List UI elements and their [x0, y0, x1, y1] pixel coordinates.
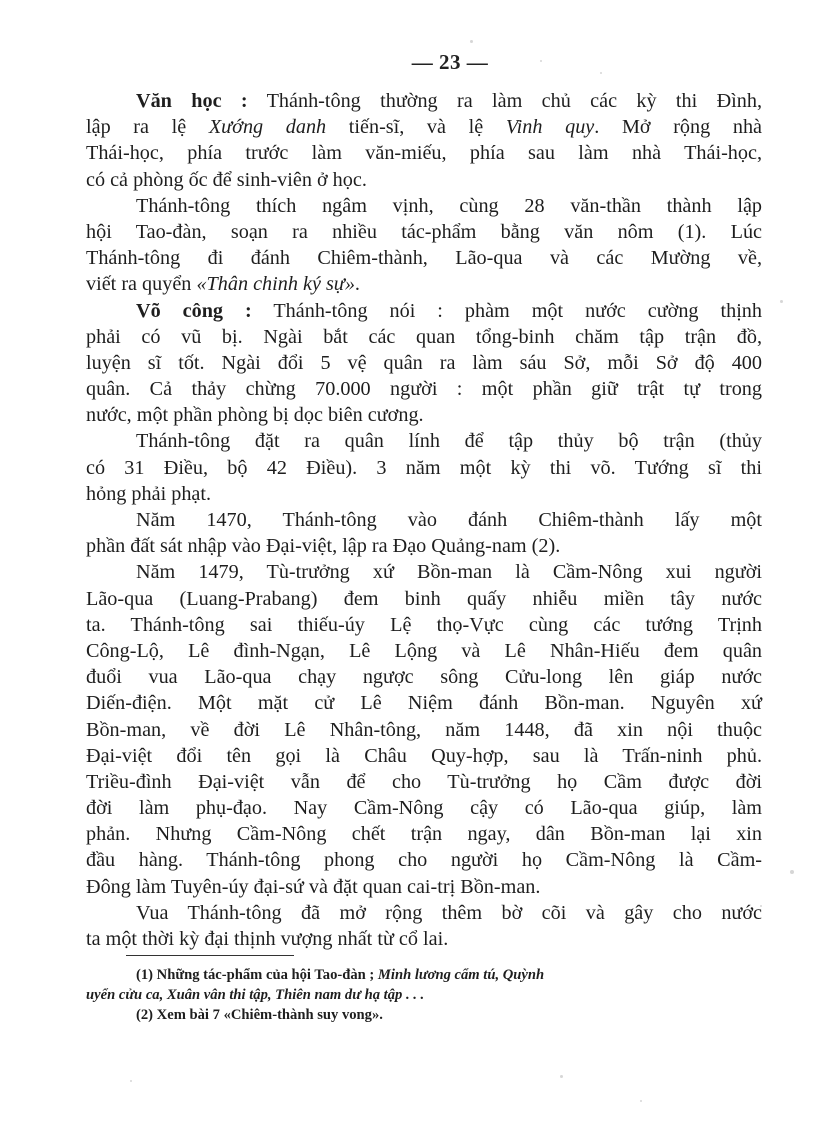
paragraph-1470-line: Năm 1470, Thánh-tông vào đánh Chiêm-thàn…	[86, 507, 762, 533]
paragraph-1479-line: Diến-điện. Một mặt cử Lê Niệm đánh Bồn-m…	[86, 690, 762, 716]
scan-noise	[780, 300, 783, 303]
scan-noise	[560, 1075, 563, 1078]
scan-noise	[130, 1080, 132, 1082]
paragraph-thuy-bo-line: hỏng phải phạt.	[86, 481, 762, 507]
section-heading-van-hoc: Văn học :	[136, 90, 248, 112]
scan-noise	[470, 40, 473, 43]
footnote-2: (2) Xem bài 7 «Chiêm-thành suy vong».	[86, 1005, 786, 1025]
section-heading-vo-cong: Võ công :	[136, 300, 252, 322]
paragraph-van-hoc-line: có cả phòng ốc để sinh-viên ở học.	[86, 167, 762, 193]
paragraph-1479-line: đuổi vua Lão-qua chạy ngược sông Cửu-lon…	[86, 664, 762, 690]
paragraph-tao-dan-line: Thánh-tông thích ngâm vịnh, cùng 28 văn-…	[86, 193, 762, 219]
scan-noise	[640, 1100, 642, 1102]
footnote-1-continued: uyển cửu ca, Xuân vân thi tập, Thiên nam…	[86, 985, 786, 1005]
paragraph-van-hoc-line: Văn học : Thánh-tông thường ra làm chủ c…	[86, 88, 762, 114]
paragraph-1479-line: phản. Nhưng Cầm-Nông chết trận ngay, dân…	[86, 821, 762, 847]
paragraph-vo-cong-line: phải có vũ bị. Ngài bắt các quan tổng-bi…	[86, 324, 762, 350]
paragraph-1470-line: phần đất sát nhập vào Đại-việt, lập ra Đ…	[86, 533, 762, 559]
footnotes: (1) Những tác-phẩm của hội Tao-đàn ; Min…	[86, 965, 786, 1025]
paragraph-tao-dan-line: hội Tao-đàn, soạn ra nhiều tác-phẩm bằng…	[86, 219, 762, 245]
footnote-marker: (2)	[136, 1007, 153, 1023]
paragraph-1479-line: đời làm phụ-đạo. Nay Cầm-Nông cậy có Lão…	[86, 795, 762, 821]
paragraph-1479-line: Đông làm Tuyên-úy đại-sứ và đặt quan cai…	[86, 874, 762, 900]
paragraph-vo-cong-line: Võ công : Thánh-tông nói : phàm một nước…	[86, 298, 762, 324]
paragraph-conclusion-line: ta một thời kỳ đại thịnh vượng nhất từ c…	[86, 926, 762, 952]
paragraph-conclusion-line: Vua Thánh-tông đã mở rộng thêm bờ cõi và…	[86, 900, 762, 926]
paragraph-vo-cong-line: luyện sĩ tốt. Ngài đổi 5 vệ quân ra làm …	[86, 350, 762, 376]
body-text: Văn học : Thánh-tông thường ra làm chủ c…	[86, 88, 762, 952]
paragraph-tao-dan-line: Thánh-tông đi đánh Chiêm-thành, Lão-qua …	[86, 245, 762, 271]
paragraph-tao-dan-line: viết ra quyển «Thân chinh ký sự».	[86, 271, 762, 297]
paragraph-1479-line: Lão-qua (Luang-Prabang) đem binh quấy nh…	[86, 586, 762, 612]
paragraph-vo-cong-line: quân. Cả thảy chừng 70.000 người : một p…	[86, 376, 762, 402]
paragraph-1479-line: đầu hàng. Thánh-tông phong cho người họ …	[86, 847, 762, 873]
paragraph-van-hoc-line: lập ra lệ Xướng danh tiến-sĩ, và lệ Vinh…	[86, 114, 762, 140]
paragraph-1479-line: ta. Thánh-tông sai thiếu-úy Lệ thọ-Vực c…	[86, 612, 762, 638]
paragraph-thuy-bo-line: có 31 Điều, bộ 42 Điều). 3 năm một kỳ th…	[86, 455, 762, 481]
footnote-1: (1) Những tác-phẩm của hội Tao-đàn ; Min…	[86, 965, 786, 985]
scanned-page: — 23 — Văn học : Thánh-tông thường ra là…	[0, 0, 816, 1123]
page-number: — 23 —	[0, 50, 816, 75]
paragraph-van-hoc-line: Thái-học, phía trước làm văn-miếu, phía …	[86, 140, 762, 166]
italic-term: Xướng danh	[209, 116, 326, 138]
footnote-divider	[126, 955, 294, 956]
paragraph-1479-line: Đại-việt đổi tên gọi là Châu Quy-hợp, sa…	[86, 743, 762, 769]
italic-title: «Thân chinh ký sự»	[196, 273, 354, 295]
paragraph-1479-line: Triều-đình Đại-việt vẫn để cho Tù-trưởng…	[86, 769, 762, 795]
scan-noise	[790, 870, 794, 874]
footnote-marker: (1)	[136, 967, 153, 983]
paragraph-vo-cong-line: nước, một phần phòng bị dọc biên cương.	[86, 402, 762, 428]
paragraph-thuy-bo-line: Thánh-tông đặt ra quân lính để tập thủy …	[86, 428, 762, 454]
paragraph-1479-line: Năm 1479, Tù-trưởng xứ Bồn-man là Cầm-Nô…	[86, 559, 762, 585]
paragraph-1479-line: Công-Lộ, Lê đình-Ngạn, Lê Lộng và Lê Nhâ…	[86, 638, 762, 664]
paragraph-1479-line: Bồn-man, về đời Lê Nhân-tông, năm 1448, …	[86, 717, 762, 743]
italic-term: Vinh quy	[506, 116, 594, 138]
